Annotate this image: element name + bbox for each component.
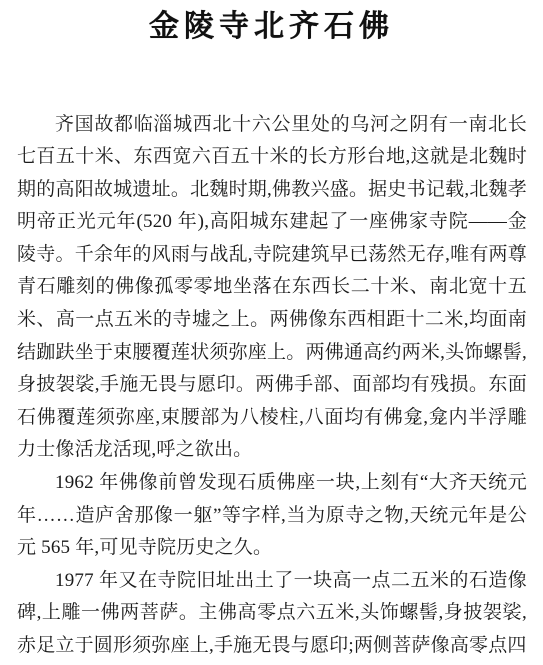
- page-title: 金陵寺北齐石佛: [0, 10, 543, 45]
- paragraph-1962-discovery: 1962 年佛像前曾发现石质佛座一块,上刻有“大齐天统元年……造庐舍那像一躯”等…: [17, 467, 527, 565]
- article-body: 齐国故都临淄城西北十六公里处的乌河之阴有一南北长七百五十米、东西宽六百五十米的长…: [17, 109, 527, 663]
- paragraph-intro: 齐国故都临淄城西北十六公里处的乌河之阴有一南北长七百五十米、东西宽六百五十米的长…: [17, 109, 527, 468]
- document-page: 金陵寺北齐石佛 齐国故都临淄城西北十六公里处的乌河之阴有一南北长七百五十米、东西…: [0, 0, 543, 665]
- paragraph-1977-discovery: 1977 年又在寺院旧址出土了一块高一点二五米的石造像碑,上雕一佛两菩萨。主佛高…: [17, 565, 527, 663]
